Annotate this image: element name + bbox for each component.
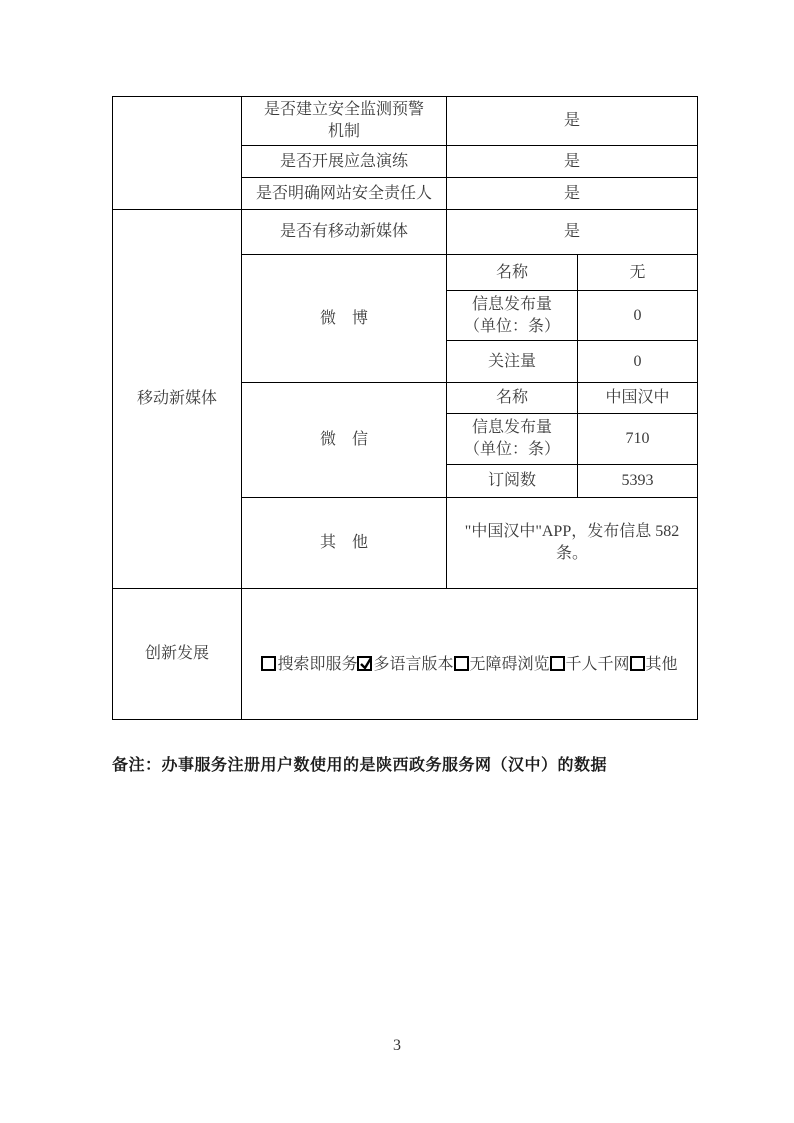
- checkbox-icon: [261, 656, 276, 671]
- page-number: 3: [0, 1037, 794, 1055]
- checkbox-icon: [454, 656, 469, 671]
- option-label: 其他: [646, 656, 678, 673]
- security-monitor-label: 是否建立安全监测预警 机制: [242, 97, 447, 146]
- weibo-posts-value: 0: [578, 291, 698, 341]
- security-officer-value: 是: [447, 178, 698, 210]
- option-label: 搜索即服务: [277, 656, 357, 673]
- section-label-mobile-media: 移动新媒体: [113, 210, 242, 589]
- other-media-label: 其 他: [242, 498, 447, 589]
- weibo-posts-label: 信息发布量 （单位：条）: [447, 291, 578, 341]
- wechat-subscribers-label: 订阅数: [447, 465, 578, 498]
- report-table: 是否建立安全监测预警 机制 是 是否开展应急演练 是 是否明确网站安全责任人 是…: [112, 96, 698, 720]
- innovation-options-cell: 搜索即服务多语言版本无障碍浏览千人千网其他: [242, 589, 698, 720]
- security-monitor-value: 是: [447, 97, 698, 146]
- weibo-name-label: 名称: [447, 255, 578, 291]
- emergency-drill-label: 是否开展应急演练: [242, 146, 447, 178]
- checkbox-icon: [630, 656, 645, 671]
- option-label: 千人千网: [566, 656, 630, 673]
- wechat-posts-value: 710: [578, 414, 698, 465]
- wechat-subscribers-value: 5393: [578, 465, 698, 498]
- wechat-label: 微 信: [242, 383, 447, 498]
- has-mobile-media-label: 是否有移动新媒体: [242, 210, 447, 255]
- option-personalized: 千人千网: [550, 654, 630, 676]
- remark-note: 备注：办事服务注册用户数使用的是陕西政务服务网（汉中）的数据: [112, 752, 607, 775]
- innovation-options-line: 搜索即服务多语言版本无障碍浏览千人千网其他: [261, 654, 677, 676]
- security-officer-label: 是否明确网站安全责任人: [242, 178, 447, 210]
- other-media-value: "中国汉中"APP，发布信息 582 条。: [447, 498, 698, 589]
- option-accessibility: 无障碍浏览: [454, 654, 550, 676]
- emergency-drill-value: 是: [447, 146, 698, 178]
- has-mobile-media-value: 是: [447, 210, 698, 255]
- option-label: 无障碍浏览: [470, 656, 550, 673]
- option-label: 多语言版本: [373, 656, 453, 673]
- option-search-service: 搜索即服务: [261, 654, 357, 676]
- wechat-name-value: 中国汉中: [578, 383, 698, 414]
- weibo-followers-label: 关注量: [447, 341, 578, 383]
- section-label-empty: [113, 97, 242, 210]
- wechat-name-label: 名称: [447, 383, 578, 414]
- option-other: 其他: [630, 654, 678, 676]
- weibo-label: 微 博: [242, 255, 447, 383]
- option-multilingual: 多语言版本: [357, 654, 453, 676]
- checkbox-checked-icon: [357, 656, 372, 671]
- weibo-followers-value: 0: [578, 341, 698, 383]
- checkbox-icon: [550, 656, 565, 671]
- section-label-innovation: 创新发展: [113, 589, 242, 720]
- wechat-posts-label: 信息发布量 （单位：条）: [447, 414, 578, 465]
- weibo-name-value: 无: [578, 255, 698, 291]
- document-page: 是否建立安全监测预警 机制 是 是否开展应急演练 是 是否明确网站安全责任人 是…: [0, 0, 794, 1123]
